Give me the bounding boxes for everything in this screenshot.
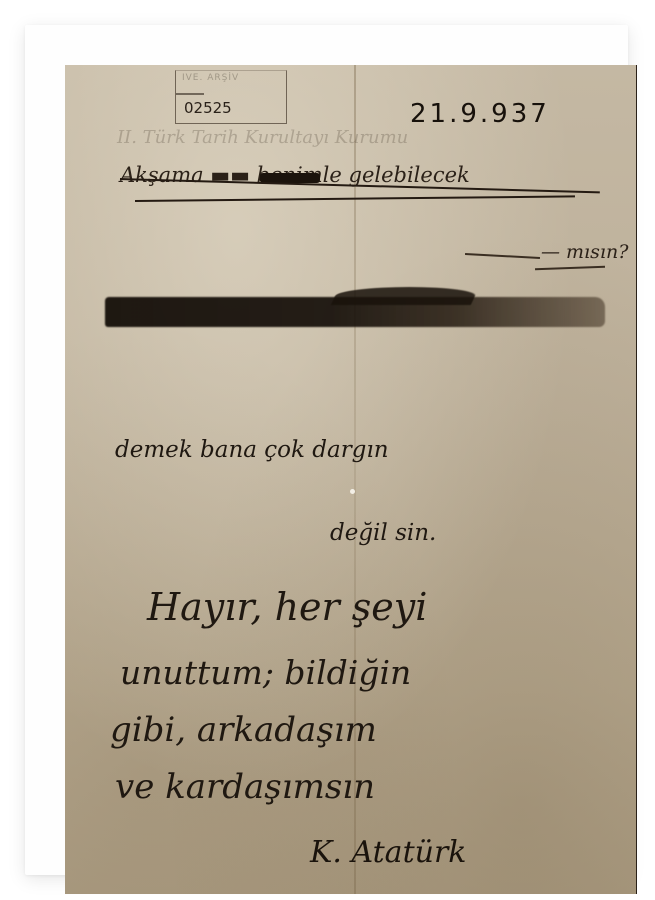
paper-speck [350, 489, 355, 494]
body-line-1: demek bana çok dargın [115, 437, 389, 463]
archive-number: 02525 [184, 99, 232, 117]
signature: K. Atatürk [310, 835, 466, 870]
letter-date: 21.9.937 [410, 99, 550, 129]
body-line-2: değil sin. [330, 520, 436, 546]
body-line-4: unuttum; bildiğin [120, 653, 411, 692]
body-line-3: Hayır, her şeyi [147, 585, 427, 629]
faded-annotation: II. Türk Tarih Kurultayı Kurumu [117, 127, 408, 148]
margin-underline [535, 266, 605, 270]
photo-frame: IVE. ARŞİV 02525 21.9.937 II. Türk Tarih… [25, 25, 628, 875]
letter-paper: IVE. ARŞİV 02525 21.9.937 II. Türk Tarih… [65, 65, 637, 894]
margin-note: — mısın? [541, 241, 628, 263]
margin-dash [465, 253, 540, 259]
archive-stamp: IVE. ARŞİV 02525 [175, 70, 287, 124]
blacked-out-line-overlap [331, 287, 479, 305]
body-line-6: ve kardaşımsın [115, 767, 375, 807]
body-line-5: gibi, arkadaşım [110, 710, 377, 750]
stamp-divider [176, 93, 204, 95]
archive-stamp-header: IVE. ARŞİV [182, 73, 239, 83]
